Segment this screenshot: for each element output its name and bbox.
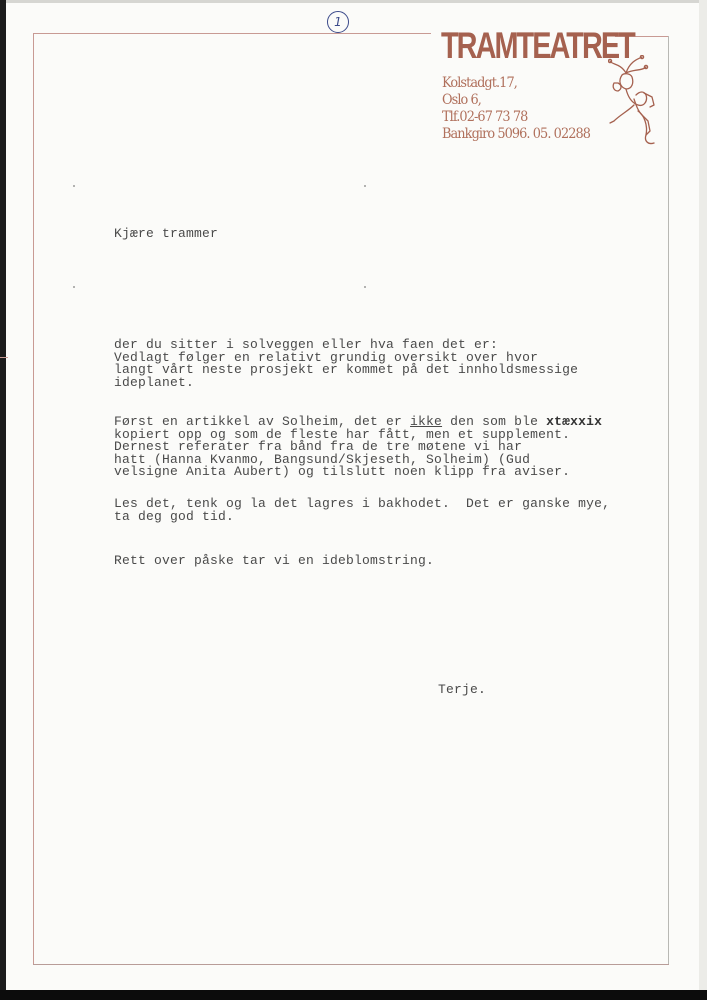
paragraph-line: ta deg god tid. (114, 511, 610, 524)
letter-greeting: Kjære trammer (114, 228, 218, 241)
paragraph-line: ideplanet. (114, 377, 578, 390)
scan-right-edge (699, 0, 707, 990)
guide-dot (73, 185, 75, 187)
paragraph-line: velsigne Anita Aubert) og tilslutt noen … (114, 466, 602, 479)
guide-dot (364, 185, 366, 187)
frame-border-bottom (33, 964, 669, 965)
scan-left-edge (0, 0, 6, 1000)
handwritten-page-number: 1 (327, 11, 349, 33)
scan-top-edge (0, 0, 707, 3)
letterhead-address: Kolstadgt.17, Oslo 6, Tlf.02-67 73 78 Ba… (442, 75, 603, 143)
letter-paragraph-3: Les det, tenk og la det lagres i bakhode… (114, 498, 610, 523)
address-phone: Tlf.02-67 73 78 (442, 109, 590, 126)
letter-paragraph-1: der du sitter i solveggen eller hva faen… (114, 339, 578, 389)
letterhead-brand: TRAMTEATRET (441, 26, 634, 66)
letter-signature: Terje. (438, 684, 486, 697)
scan-bottom-edge (0, 990, 707, 1000)
letter-paragraph-2: Først en artikkel av Solheim, det er ikk… (114, 416, 602, 479)
address-street: Kolstadgt.17, (442, 75, 590, 92)
address-city: Oslo 6, (442, 92, 590, 109)
frame-border-right (668, 36, 669, 965)
frame-border-left (33, 33, 34, 965)
address-bankgiro: Bankgiro 5096. 05. 02288 (442, 126, 590, 143)
fold-mark (0, 357, 8, 358)
frame-border-top (33, 33, 431, 34)
guide-dot (73, 286, 75, 288)
guide-dot (364, 286, 366, 288)
jester-icon (608, 55, 660, 147)
letter-paragraph-4: Rett over påske tar vi en ideblomstring. (114, 555, 434, 568)
